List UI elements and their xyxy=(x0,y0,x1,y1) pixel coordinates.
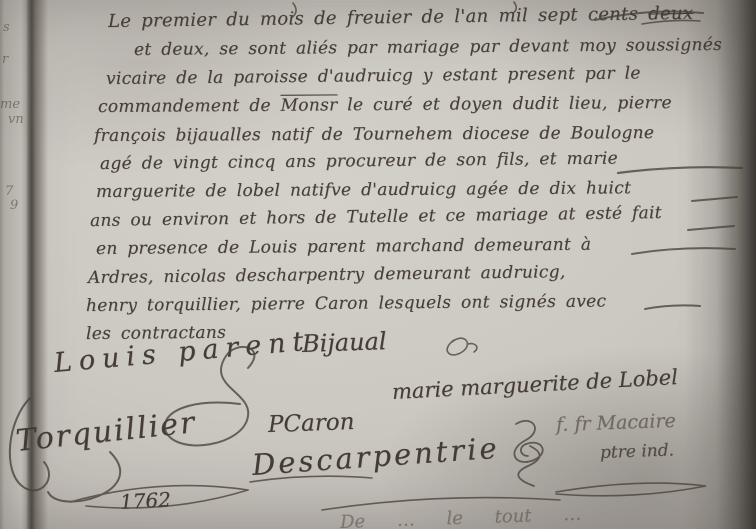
margin-fragment: vn xyxy=(8,112,24,127)
line-text: agé de vingt cincq ans procureur de son … xyxy=(100,149,618,174)
manuscript-line: vicaire de la paroisse d'audruicg y esta… xyxy=(106,58,741,93)
line-text: commandement de xyxy=(98,96,281,117)
manuscript-line: commandement de Monsr le curé et doyen d… xyxy=(98,89,741,122)
line-text: Le premier du mois de freuier de l'an mi… xyxy=(108,3,648,32)
line-text: le curé et doyen dudit lieu, pierre xyxy=(337,93,672,115)
signature-macaire-title: ptre ind. xyxy=(600,440,675,463)
line-text: vicaire de la paroisse d'audruicg y esta… xyxy=(106,63,641,89)
margin-fragment: 7 xyxy=(5,184,13,199)
margin-fragment: r xyxy=(2,52,8,67)
line-text: henry torquillier, pierre Caron lesquels… xyxy=(86,291,606,316)
margin-fragment: 9 xyxy=(10,198,18,213)
line-text: et deux, se sont aliés par mariage par d… xyxy=(134,35,722,60)
line-text: Ardres, nicolas descharpentry demeurant … xyxy=(88,262,566,288)
signature-macaire: f. fr Macaire xyxy=(556,410,676,436)
signature-marie-de-lobel: marie marguerite de Lobel xyxy=(391,365,678,404)
manuscript-photo: s r me vn 7 9 Le premier du mois de freu… xyxy=(0,0,756,529)
signature-pcaron: PCaron xyxy=(268,409,355,438)
line-text: ans ou environ et hors de Tutelle et ce … xyxy=(90,203,662,231)
line-text: françois bijaualles natif de Tournehem d… xyxy=(94,123,654,146)
struck-word: deux xyxy=(648,3,693,25)
margin-fragment: me xyxy=(0,97,20,112)
next-entry-partial-line: De … le tout … xyxy=(340,504,582,529)
record-text: Le premier du mois de freuier de l'an mi… xyxy=(86,8,741,349)
year-mark: 1762 xyxy=(119,487,171,514)
signature-descarpentrie: Descarpentrie xyxy=(251,431,501,482)
signature-bijaual: Bijaual xyxy=(302,327,387,358)
overlined-abbreviation: Monsr xyxy=(280,96,337,116)
line-text: marguerite de lobel natifve d'audruicg a… xyxy=(96,179,631,203)
line-text: en presence de Louis parent marchand dem… xyxy=(96,235,591,259)
manuscript-line: agé de vingt cincq ans procureur de son … xyxy=(100,143,741,178)
margin-fragment: s xyxy=(3,20,10,35)
